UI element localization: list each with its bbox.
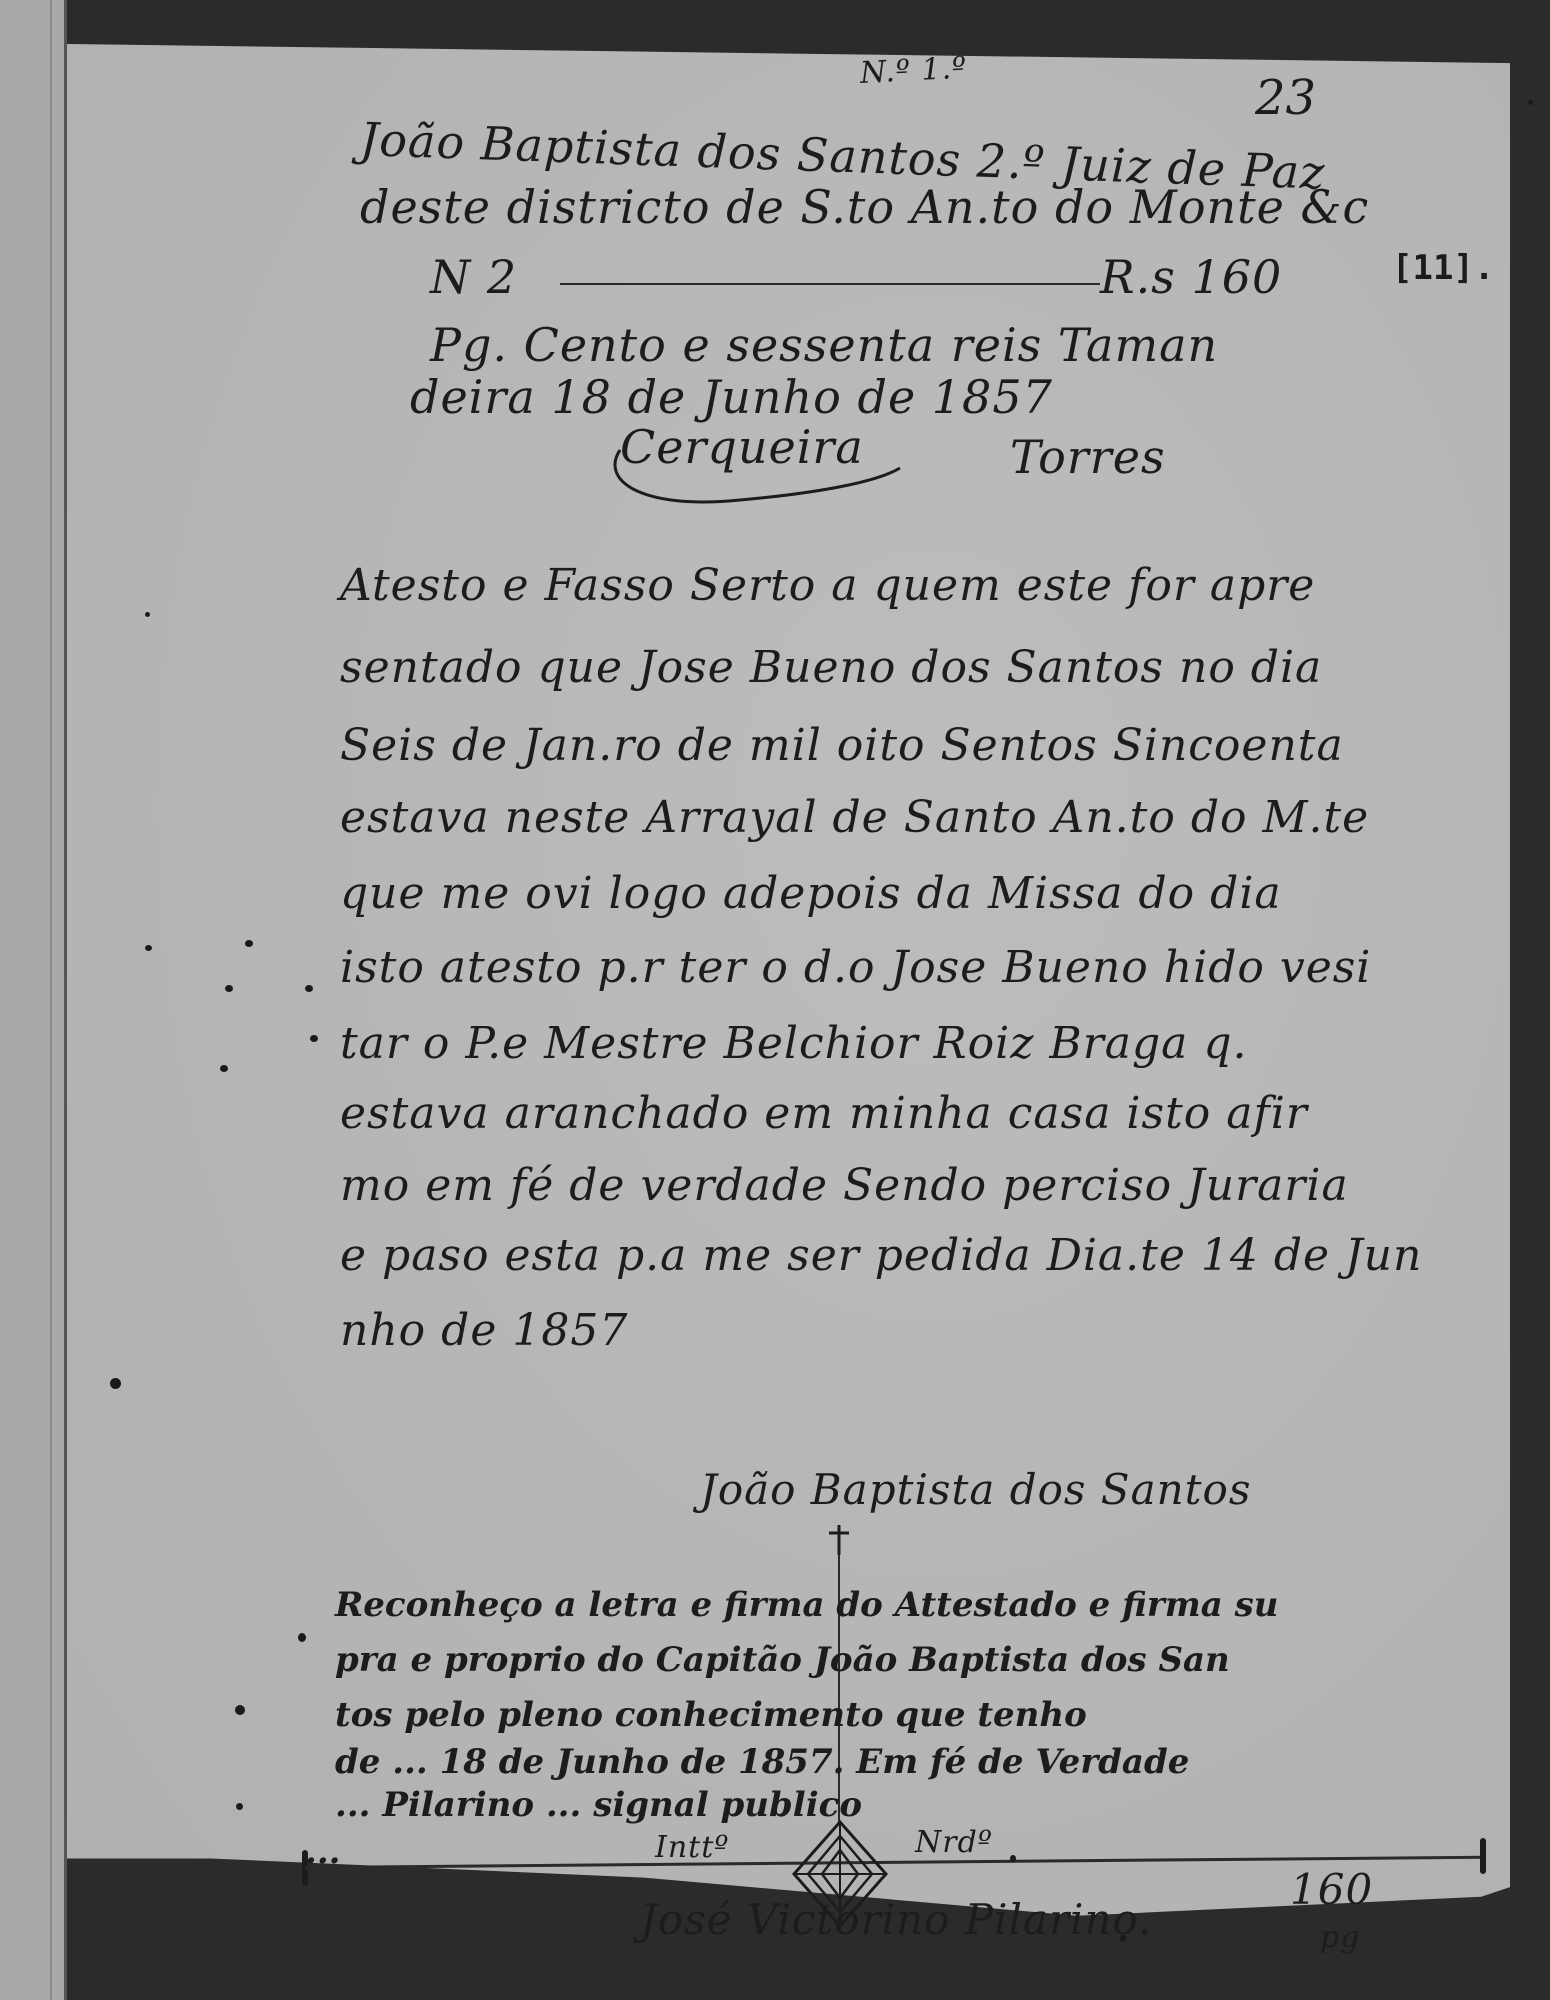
ink-speck bbox=[110, 1378, 121, 1389]
ink-speck bbox=[236, 1803, 243, 1810]
page-number: 23 bbox=[1255, 70, 1316, 126]
ink-speck bbox=[1120, 1935, 1126, 1942]
cross-icon bbox=[826, 1525, 852, 1555]
recognition-line-3: tos pelo pleno conhecimento que tenho bbox=[335, 1695, 1087, 1735]
stamp-signature-2: Torres bbox=[1010, 430, 1166, 484]
fee-note: pg bbox=[1320, 1920, 1360, 1955]
rule-end-right bbox=[1480, 1838, 1486, 1874]
binding-line bbox=[64, 0, 67, 2000]
ink-speck bbox=[220, 1065, 228, 1072]
ink-speck bbox=[245, 940, 253, 947]
body-line-10: e paso esta p.a me ser pedida Dia.te 14 … bbox=[340, 1230, 1422, 1281]
recognition-line-5: ... Pilarino ... signal publico bbox=[335, 1785, 862, 1825]
stamp-amount: R.s 160 bbox=[1100, 250, 1282, 304]
binding-edge bbox=[50, 0, 52, 2000]
ink-speck bbox=[225, 985, 233, 992]
body-line-6: isto atesto p.r ter o d.o Jose Bueno hid… bbox=[340, 942, 1371, 993]
ink-speck bbox=[310, 1035, 318, 1042]
header-line-2: deste districto de S.to An.to do Monte &… bbox=[360, 180, 1369, 234]
ink-speck bbox=[145, 612, 150, 617]
body-line-8: estava aranchado em minha casa isto afir bbox=[340, 1088, 1308, 1139]
body-line-3: Seis de Jan.ro de mil oito Sentos Sincoe… bbox=[340, 720, 1344, 771]
stamp-rule bbox=[560, 283, 1100, 285]
ink-speck bbox=[305, 985, 313, 992]
ink-speck bbox=[1528, 100, 1533, 105]
body-line-1: Atesto e Fasso Serto a quem este for apr… bbox=[340, 560, 1315, 611]
stamp-line-2: deira 18 de Junho de 1857 bbox=[410, 370, 1053, 424]
body-line-2: sentado que Jose Bueno dos Santos no dia bbox=[340, 642, 1322, 693]
signature: João Baptista dos Santos bbox=[700, 1465, 1251, 1514]
binding-strip bbox=[0, 0, 66, 2000]
body-line-4: estava neste Arrayal de Santo An.to do M… bbox=[340, 792, 1369, 843]
body-line-7: tar o P.e Mestre Belchior Roiz Braga q. bbox=[340, 1018, 1248, 1069]
stamp-number: N 2 bbox=[430, 250, 517, 304]
body-line-11: nho de 1857 bbox=[340, 1305, 628, 1356]
ink-speck bbox=[298, 1633, 306, 1642]
stamp-line-1: Pg. Cento e sessenta reis Taman bbox=[430, 318, 1218, 372]
body-line-9: mo em fé de verdade Sendo perciso Jurari… bbox=[340, 1160, 1349, 1211]
ink-speck bbox=[145, 945, 152, 951]
notary-signature: José Victorino Pilarino. bbox=[640, 1895, 1152, 1944]
flourish-icon bbox=[600, 440, 920, 510]
ink-speck bbox=[235, 1705, 245, 1715]
fee-amount: 160 bbox=[1290, 1865, 1373, 1914]
body-line-5: que me ovi logo adepois da Missa do dia bbox=[340, 868, 1282, 919]
archive-reference: [11]. bbox=[1392, 248, 1494, 288]
recognition-line-4: de ... 18 de Junho de 1857. Em fé de Ver… bbox=[335, 1742, 1189, 1782]
ink-speck bbox=[1010, 1855, 1016, 1862]
mark-label-right: Nrdº bbox=[915, 1825, 993, 1860]
header-number-note: N.º 1.º bbox=[859, 50, 968, 91]
mark-label-left: Inttº bbox=[655, 1830, 729, 1865]
recognition-line-1: Reconheço a letra e firma do Attestado e… bbox=[335, 1585, 1278, 1625]
recognition-line-2: pra e proprio do Capitão João Baptista d… bbox=[335, 1640, 1230, 1680]
